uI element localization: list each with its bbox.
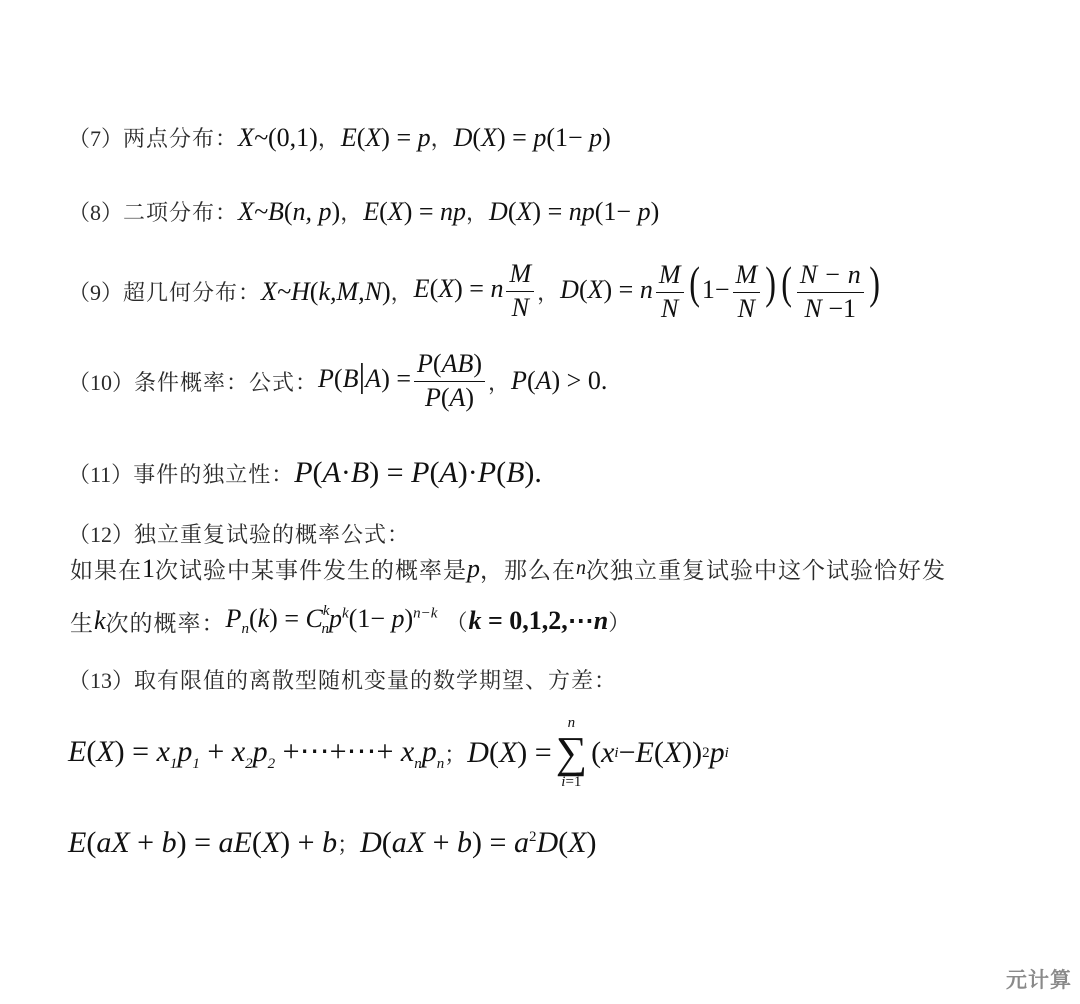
binomial-probability-formula: Pn(k) = Cknpk(1− p)n−k	[226, 604, 438, 638]
linear-expectation-formula: E(aX + b) = aE(X) + b	[68, 826, 337, 860]
item-title: 二项分布：	[123, 196, 238, 227]
expectation-formula: E(X) = p	[341, 123, 431, 153]
item-10: （10） 条件概率：公式： P(B|A) =P(AB)P(A)， P(A) > …	[68, 350, 607, 412]
item-12-text-line2: 生 k 次的概率： Pn(k) = Cknpk(1− p)n−k （k = 0,…	[70, 604, 631, 638]
expectation-formula: E(X) = nMN	[414, 260, 537, 322]
expectation-formula: E(X) = np	[363, 197, 466, 227]
item-label: （13）	[68, 664, 134, 695]
item-label: （9）	[68, 276, 123, 307]
linear-variance-formula: D(aX + b) = a2D(X)	[360, 826, 596, 860]
conditional-probability-formula: P(B|A) =P(AB)P(A)	[318, 350, 488, 412]
item-13-linear-formulas: E(aX + b) = aE(X) + b ； D(aX + b) = a2D(…	[68, 826, 596, 860]
item-7: （7） 两点分布： X~(0,1)， E(X) = p， D(X) = p(1−…	[68, 122, 611, 153]
item-title: 超几何分布：	[123, 276, 261, 307]
item-8: （8） 二项分布： X~B(n, p)， E(X) = np， D(X) = n…	[68, 196, 659, 227]
item-title: 独立重复试验的概率公式：	[134, 518, 410, 549]
item-12-heading: （12） 独立重复试验的概率公式：	[68, 518, 410, 549]
variance-formula: D(X) =n∑i=1(xi − E(X))2 pi	[467, 716, 729, 790]
item-title: 两点分布：	[123, 122, 238, 153]
k-range: k = 0,1,2,⋯n	[468, 606, 608, 636]
distribution-formula: X~B(n, p)	[238, 197, 340, 227]
item-label: （7）	[68, 122, 123, 153]
item-label: （12）	[68, 518, 134, 549]
distribution-formula: X~H(k,M,N)	[261, 277, 391, 307]
item-9: （9） 超几何分布： X~H(k,M,N)， E(X) = nMN， D(X) …	[68, 260, 882, 323]
independence-formula: P(A·B) = P(A)·P(B).	[294, 456, 542, 490]
item-11: （11） 事件的独立性： P(A·B) = P(A)·P(B).	[68, 456, 542, 490]
variance-formula: D(X) = p(1− p)	[454, 123, 611, 153]
item-label: （11）	[68, 458, 133, 489]
condition-formula: P(A) > 0.	[511, 366, 607, 396]
item-title: 条件概率：公式：	[134, 366, 318, 397]
item-13-heading: （13） 取有限值的离散型随机变量的数学期望、方差：	[68, 664, 617, 695]
item-13-formulas: E(X) = x1p1 + x2p2 +⋯+⋯+ xnpn ； D(X) =n∑…	[68, 716, 729, 790]
watermark-logo: 元计算	[1006, 964, 1072, 994]
item-12-text-line1: 如果在 1 次试验中某事件发生的概率是 p ，那么在 n 次独立重复试验中这个试…	[70, 552, 946, 585]
distribution-formula: X~(0,1)	[238, 123, 318, 153]
expectation-formula: E(X) = x1p1 + x2p2 +⋯+⋯+ xnpn	[68, 734, 444, 773]
variance-formula: D(X) = np(1− p)	[489, 197, 659, 227]
item-label: （8）	[68, 196, 123, 227]
variance-formula: D(X) = nMN(1−MN)(N − nN −1)	[560, 260, 882, 323]
item-title: 取有限值的离散型随机变量的数学期望、方差：	[134, 664, 617, 695]
item-label: （10）	[68, 366, 134, 397]
item-title: 事件的独立性：	[133, 458, 294, 489]
